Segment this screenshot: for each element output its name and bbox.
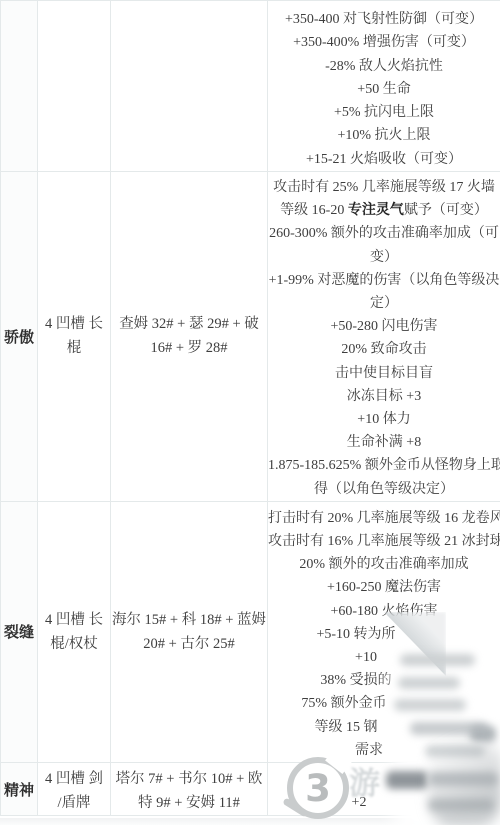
effect-line: +5% 抗闪电上限 bbox=[268, 101, 500, 124]
socket-line: /盾牌 bbox=[38, 791, 110, 815]
effect-line: +350-400 对飞射性防御（可变） bbox=[268, 8, 500, 31]
effect-line: +1-99% 对恶魔的伤害（以角色等级决 bbox=[268, 269, 500, 292]
effect-line: 冰冻目标 +3 bbox=[268, 385, 500, 408]
effect-line: 定） bbox=[268, 292, 500, 315]
effect-line: 打击时有 20% 几率施展等级 16 龙卷风 bbox=[268, 507, 500, 530]
socket-line: 4 凹槽 剑 bbox=[38, 767, 110, 791]
effects-cell: +2 bbox=[268, 763, 500, 816]
socket-line: 4 凹槽 长 bbox=[38, 608, 110, 632]
effect-line: +60-180 火焰伤害 bbox=[268, 600, 500, 623]
runeword-table-page: +350-400 对飞射性防御（可变）+350-400% 增强伤害（可变）-28… bbox=[0, 0, 500, 825]
page-bottom-strip bbox=[0, 818, 500, 825]
effect-line: 75% 额外金币 bbox=[228, 692, 460, 715]
effects-cell: +350-400 对飞射性防御（可变）+350-400% 增强伤害（可变）-28… bbox=[268, 1, 500, 172]
runeword-name: 裂缝 bbox=[1, 621, 37, 642]
socket-line: 4 凹槽 长 bbox=[38, 312, 110, 336]
runeword-name-cell: 骄傲 bbox=[1, 172, 38, 502]
rune-line: 塔尔 7# + 书尔 10# + 欧 bbox=[111, 767, 267, 791]
effect-line: 260-300% 额外的攻击准确率加成（可 bbox=[268, 222, 500, 245]
effect-line: 攻击时有 25% 几率施展等级 17 火墙 bbox=[268, 176, 500, 199]
socket-line: 棍 bbox=[38, 336, 110, 360]
runeword-name: 精神 bbox=[1, 779, 37, 800]
runes-cell: 查姆 32# + 瑟 29# + 破16# + 罗 28# bbox=[111, 172, 268, 502]
socket-cell: 4 凹槽 长棍/权杖 bbox=[38, 501, 111, 762]
effect-line: 生命补满 +8 bbox=[268, 431, 500, 454]
rune-line: 查姆 32# + 瑟 29# + 破 bbox=[111, 312, 267, 336]
effect-line: 需求 bbox=[253, 739, 485, 762]
effect-line: 等级 16-20 专注灵气赋予（可变） bbox=[268, 199, 500, 222]
effect-line: +10 bbox=[250, 646, 482, 669]
table-row: 裂缝4 凹槽 长棍/权杖海尔 15# + 科 18# + 蓝姆20# + 古尔 … bbox=[1, 501, 500, 762]
effect-line: +50 生命 bbox=[268, 78, 500, 101]
runeword-table-body: +350-400 对飞射性防御（可变）+350-400% 增强伤害（可变）-28… bbox=[1, 1, 500, 816]
runes-cell bbox=[111, 1, 268, 172]
effect-line: +5-10 转为所 bbox=[240, 623, 472, 646]
effect-line: 变） bbox=[268, 246, 500, 269]
runeword-name: 骄傲 bbox=[1, 326, 37, 347]
effects-cell: 攻击时有 25% 几率施展等级 17 火墙等级 16-20 专注灵气赋予（可变）… bbox=[268, 172, 500, 502]
effect-line: 20% 致命攻击 bbox=[268, 338, 500, 361]
effect-line: +350-400% 增强伤害（可变） bbox=[268, 31, 500, 54]
table-row: 精神4 凹槽 剑/盾牌塔尔 7# + 书尔 10# + 欧特 9# + 安姆 1… bbox=[1, 763, 500, 816]
effect-line: +15-21 火焰吸收（可变） bbox=[268, 148, 500, 171]
effect-line: +50-280 闪电伤害 bbox=[268, 315, 500, 338]
socket-line: 棍/权杖 bbox=[38, 632, 110, 656]
socket-cell: 4 凹槽 剑/盾牌 bbox=[38, 763, 111, 816]
effect-line: -28% 敌人火焰抗性 bbox=[268, 55, 500, 78]
runeword-name-cell bbox=[1, 1, 38, 172]
rune-line: 16# + 罗 28# bbox=[111, 336, 267, 360]
effect-line: +2 bbox=[243, 791, 475, 814]
socket-cell bbox=[38, 1, 111, 172]
runeword-table: +350-400 对飞射性防御（可变）+350-400% 增强伤害（可变）-28… bbox=[0, 0, 500, 816]
table-row: 骄傲4 凹槽 长棍查姆 32# + 瑟 29# + 破16# + 罗 28#攻击… bbox=[1, 172, 500, 502]
effect-line: +10 体力 bbox=[268, 408, 500, 431]
effect-line: 等级 15 钢 bbox=[230, 716, 462, 739]
effect-line: 得（以角色等级决定） bbox=[268, 478, 500, 501]
table-row: +350-400 对飞射性防御（可变）+350-400% 增强伤害（可变）-28… bbox=[1, 1, 500, 172]
socket-cell: 4 凹槽 长棍 bbox=[38, 172, 111, 502]
effect-line: 攻击时有 16% 几率施展等级 21 冰封球 bbox=[268, 530, 500, 553]
runeword-name-cell: 精神 bbox=[1, 763, 38, 816]
effect-line bbox=[268, 768, 500, 791]
effect-line: 38% 受损的 bbox=[240, 669, 472, 692]
effect-line: +10% 抗火上限 bbox=[268, 124, 500, 147]
effect-line: 击中使目标目盲 bbox=[268, 362, 500, 385]
effect-line: +160-250 魔法伤害 bbox=[268, 576, 500, 599]
effect-line: 20% 额外的攻击准确率加成 bbox=[268, 553, 500, 576]
runeword-name-cell: 裂缝 bbox=[1, 501, 38, 762]
effects-cell: 打击时有 20% 几率施展等级 16 龙卷风攻击时有 16% 几率施展等级 21… bbox=[268, 501, 500, 762]
effect-line: 1.875-185.625% 额外金币从怪物身上取 bbox=[268, 454, 500, 477]
